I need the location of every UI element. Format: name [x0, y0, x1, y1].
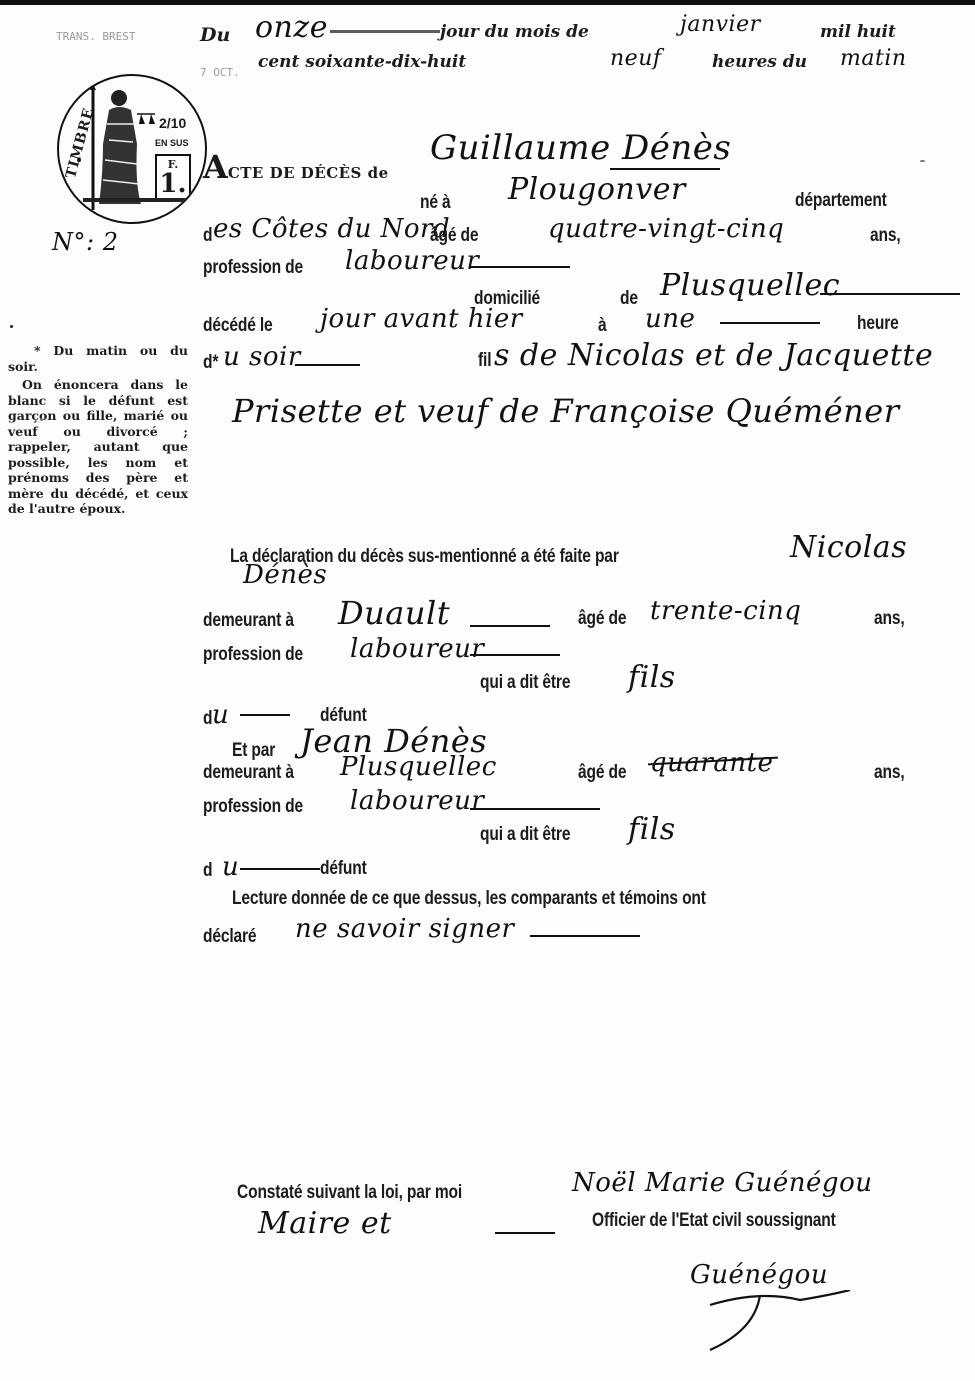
du2-underline [240, 868, 320, 870]
age-de-label-2: âgé de [578, 762, 626, 784]
du-handwritten-2: u [222, 852, 239, 882]
et-par-label: Et par [232, 740, 275, 762]
ans-label-2: ans, [874, 762, 905, 784]
margin-note-line1: * Du matin ou du soir. [8, 343, 188, 374]
parents-handwritten: s de Nicolas et de Jacquette [494, 338, 933, 373]
stamp-value: 1. [157, 171, 189, 197]
birthplace-handwritten: Plougonver [508, 172, 686, 207]
justice-figure-icon [89, 84, 155, 214]
mayor-signature: Guénégou [690, 1260, 828, 1290]
scan-speck [40, 418, 43, 421]
date-cent-soixante: cent soixante-dix-huit [258, 52, 466, 72]
age-de-label-1: âgé de [578, 608, 626, 630]
a-label: à [598, 315, 607, 337]
fils-de-label: fil [478, 350, 491, 372]
lecture-text: Lecture donnée de ce que dessus, les com… [232, 888, 706, 910]
age-handwritten: quatre-vingt-cinq [548, 214, 784, 244]
title-underline [495, 1232, 555, 1234]
scan-speck [10, 325, 13, 328]
age-de-label: âgé de [430, 225, 478, 247]
profession2-underline [470, 808, 600, 810]
profession1-underline [470, 654, 560, 656]
declarant1-relation-handwritten: fils [628, 660, 676, 695]
date-mil-huit: mil huit [820, 22, 896, 42]
officer-name-handwritten: Noël Marie Guénégou [572, 1168, 872, 1198]
revenue-stamp: TIMBRE 2/10 EN SUS F. 1. [57, 74, 207, 224]
declare-label: déclaré [203, 926, 256, 948]
officier-label: Officier de l'Etat civil soussignant [592, 1210, 836, 1232]
department-handwritten: es Côtes du Nord [213, 214, 450, 244]
scan-speck [920, 160, 925, 162]
du-handwritten-1: u [212, 700, 229, 730]
date-day-handwritten: onze [255, 10, 328, 45]
declarant2-residence-handwritten: Plusquellec [340, 752, 497, 782]
domicile-handwritten: Plusquellec [660, 268, 840, 303]
officer-title-handwritten: Maire et [258, 1206, 392, 1241]
acte-heading: ACTE DE DÉCÈS de [203, 148, 389, 186]
faint-stamp-small: 7 OCT. [200, 66, 240, 79]
acte-heading-rest: CTE DE DÉCÈS de [228, 164, 389, 182]
du-prefix-2: d [203, 860, 212, 882]
profession-label: profession de [203, 257, 303, 279]
date-month-handwritten: janvier [680, 12, 761, 37]
profession-handwritten: laboureur [345, 246, 479, 276]
declare-handwritten: ne savoir signer [295, 914, 514, 944]
ampm-underline [295, 364, 360, 366]
ne-a-label: né à [420, 192, 451, 214]
declarant1-residence-handwritten: Duault [338, 594, 450, 632]
declarant1-first-name-handwritten: Nicolas [790, 530, 907, 565]
stamp-dot [77, 158, 81, 162]
qui-a-dit-etre-label-1: qui a dit être [480, 672, 570, 694]
signature-flourish-icon [700, 1290, 860, 1370]
declare-underline [530, 935, 640, 937]
death-hour-handwritten: une [645, 304, 695, 334]
margin-instructions: * Du matin ou du soir. On énoncera dans … [8, 343, 188, 520]
name-underline [610, 168, 720, 170]
date-du-label: Du [200, 24, 230, 46]
demeurant-a-label-2: demeurant à [203, 762, 294, 784]
death-day-handwritten: jour avant hier [320, 304, 523, 334]
de-prefix: d [203, 225, 212, 247]
date-time-handwritten: matin [840, 46, 907, 71]
date-heures-du: heures du [712, 52, 807, 72]
domicile-underline [820, 293, 960, 295]
faint-stamp-text: TRANS. BREST [56, 30, 135, 43]
d-star-label: d* [203, 352, 218, 374]
declarant1-age-handwritten: trente-cinq [650, 596, 801, 626]
departement-label: département [795, 190, 887, 212]
date-jour-du-mois: jour du mois de [440, 22, 589, 42]
hour-underline [720, 322, 820, 324]
parents-line2-handwritten: Prisette et veuf de Françoise Quéméner [232, 392, 900, 430]
demeurant-a-label-1: demeurant à [203, 610, 294, 632]
deceased-name-handwritten: Guillaume Dénès [430, 128, 731, 168]
du-prefix-1: d [203, 708, 212, 730]
stamp-fraction: 2/10 [159, 116, 186, 130]
profession-label-2: profession de [203, 796, 303, 818]
qui-a-dit-etre-label-2: qui a dit être [480, 824, 570, 846]
ampm-handwritten: u soir [223, 342, 301, 372]
strikethrough-line [330, 30, 440, 33]
residence1-underline [470, 625, 550, 627]
margin-note-line2: On énoncera dans le blanc si le défunt e… [8, 377, 188, 517]
declarant1-profession-handwritten: laboureur [350, 634, 484, 664]
declarant2-relation-handwritten: fils [628, 812, 676, 847]
declarant2-profession-handwritten: laboureur [350, 786, 484, 816]
stamp-en-sus: EN SUS [155, 138, 189, 148]
date-hour-handwritten: neuf [610, 46, 662, 71]
register-number: N°: 2 [52, 228, 118, 256]
scan-top-border [0, 0, 975, 5]
stamp-value-box: F. 1. [155, 154, 191, 200]
du1-underline [240, 714, 290, 716]
profession-label-1: profession de [203, 644, 303, 666]
acte-initial: A [203, 148, 228, 186]
decede-le-label: décédé le [203, 315, 273, 337]
profession-underline [470, 266, 570, 268]
stamp-base [83, 198, 187, 202]
domicile-de-label: de [620, 288, 638, 310]
ans-label: ans, [870, 225, 901, 247]
heure-label: heure [857, 313, 899, 335]
declarant1-last-name-handwritten: Dénès [243, 560, 327, 590]
defunt-label-2: défunt [320, 858, 367, 880]
ans-label-1: ans, [874, 608, 905, 630]
constate-label: Constaté suivant la loi, par moi [237, 1182, 462, 1204]
